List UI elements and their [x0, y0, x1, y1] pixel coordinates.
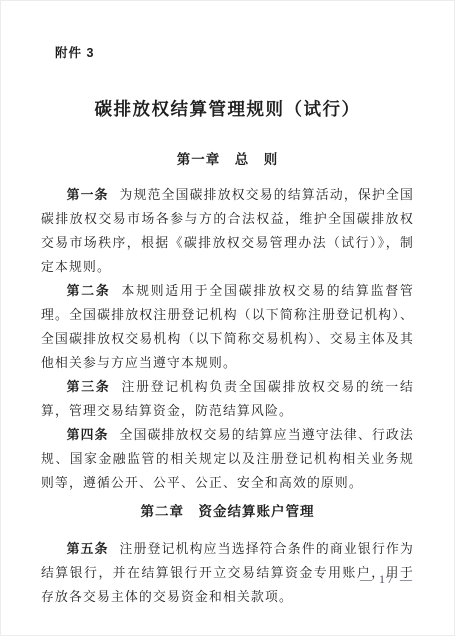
article-2-paragraph: 第二条本规则适用于全国碳排放权交易的结算监督管理。全国碳排放权注册登记机构（以下… [41, 279, 414, 375]
article-2-number: 第二条 [67, 284, 111, 298]
article-4-number: 第四条 [67, 428, 109, 442]
article-3-paragraph: 第三条注册登记机构负责全国碳排放权交易的统一结算，管理交易结算资金，防范结算风险… [41, 375, 414, 423]
page-number: — 17 — [360, 572, 414, 586]
article-1-paragraph: 第一条为规范全国碳排放权交易的结算活动，保护全国碳排放权交易市场各参与方的合法权… [41, 183, 414, 279]
attachment-label: 附件 3 [55, 45, 414, 61]
document-page: 附件 3 碳排放权结算管理规则（试行） 第一章 总 则 第一条为规范全国碳排放权… [0, 0, 455, 636]
document-title: 碳排放权结算管理规则（试行） [41, 97, 414, 121]
article-4-paragraph: 第四条全国碳排放权交易的结算应当遵守法律、行政法规、国家金融监管的相关规定以及注… [41, 423, 414, 495]
article-5-paragraph: 第五条注册登记机构应当选择符合条件的商业银行作为结算银行，并在结算银行开立交易结… [41, 537, 414, 609]
article-1-number: 第一条 [67, 188, 109, 202]
chapter-2-heading: 第二章 资金结算账户管理 [41, 503, 414, 521]
article-5-number: 第五条 [67, 542, 109, 556]
chapter-1-heading: 第一章 总 则 [41, 151, 414, 169]
article-3-number: 第三条 [67, 380, 111, 394]
